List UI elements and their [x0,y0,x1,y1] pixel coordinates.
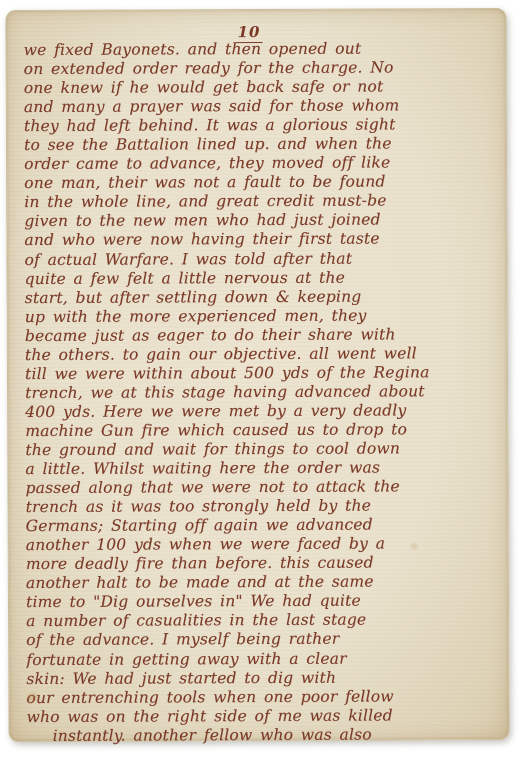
manuscript-page: 10 we fixed Bayonets. and then opened ou… [5,8,509,742]
manuscript-line: on extended order ready for the charge. … [24,58,494,79]
manuscript-line: who was on the right side of me was kill… [26,706,496,727]
manuscript-line: one knew if he would get back safe or no… [24,77,494,98]
manuscript-line: fortunate in getting away with a clear [26,648,496,669]
manuscript-line: more deadly fire than before. this cause… [26,553,496,574]
manuscript-line: the others. to gain our objective. all w… [25,344,495,365]
manuscript-line: our entrenching tools when one poor fell… [26,687,496,708]
manuscript-line: and many a prayer was said for those who… [24,96,494,117]
manuscript-line: time to "Dig ourselves in" We had quite [26,591,496,612]
manuscript-line: Germans; Starting off again we advanced [26,515,496,536]
manuscript-line: they had left behind. It was a glorious … [24,115,494,136]
manuscript-line: of the advance. I myself being rather [26,629,496,650]
manuscript-text-block: we fixed Bayonets. and then opened out o… [24,39,497,733]
manuscript-line: passed along that we were not to attack … [25,477,495,498]
manuscript-line: trench, we at this stage having advanced… [25,382,495,403]
manuscript-line: up with the more experienced men, they [25,306,495,327]
manuscript-line: and who were now having their first tast… [24,229,494,250]
manuscript-line: quite a few felt a little nervous at the [25,268,495,289]
manuscript-line: machine Gun fire which caused us to drop… [25,420,495,441]
page-background: 10 we fixed Bayonets. and then opened ou… [0,0,520,766]
manuscript-line: order came to advance, they moved off li… [24,153,494,174]
manuscript-line: given to the new men who had just joined [24,210,494,231]
manuscript-line: till we were within about 500 yds of the… [25,363,495,384]
manuscript-line: another halt to be made and at the same [26,572,496,593]
manuscript-line: the ground and wait for things to cool d… [25,439,495,460]
manuscript-line: became just as eager to do their share w… [25,325,495,346]
manuscript-line: a number of casualities in the last stag… [26,610,496,631]
manuscript-line: 400 yds. Here we were met by a very dead… [25,401,495,422]
manuscript-line: in the whole line, and great credit must… [24,191,494,212]
manuscript-line: another 100 yds when we were faced by a [26,534,496,555]
manuscript-line: a little. Whilst waiting here the order … [25,458,495,479]
manuscript-line: to see the Battalion lined up. and when … [24,134,494,155]
manuscript-line: instantly. another fellow who was also [27,725,497,746]
manuscript-line: one man, their was not a fault to be fou… [24,172,494,193]
manuscript-line: trench as it was too strongly held by th… [26,496,496,517]
manuscript-line: of actual Warfare. I was told after that [24,248,494,269]
manuscript-line: skin: We had just started to dig with [26,668,496,689]
manuscript-line: start, but after settling down & keeping [25,287,495,308]
manuscript-line: we fixed Bayonets. and then opened out [24,39,494,60]
